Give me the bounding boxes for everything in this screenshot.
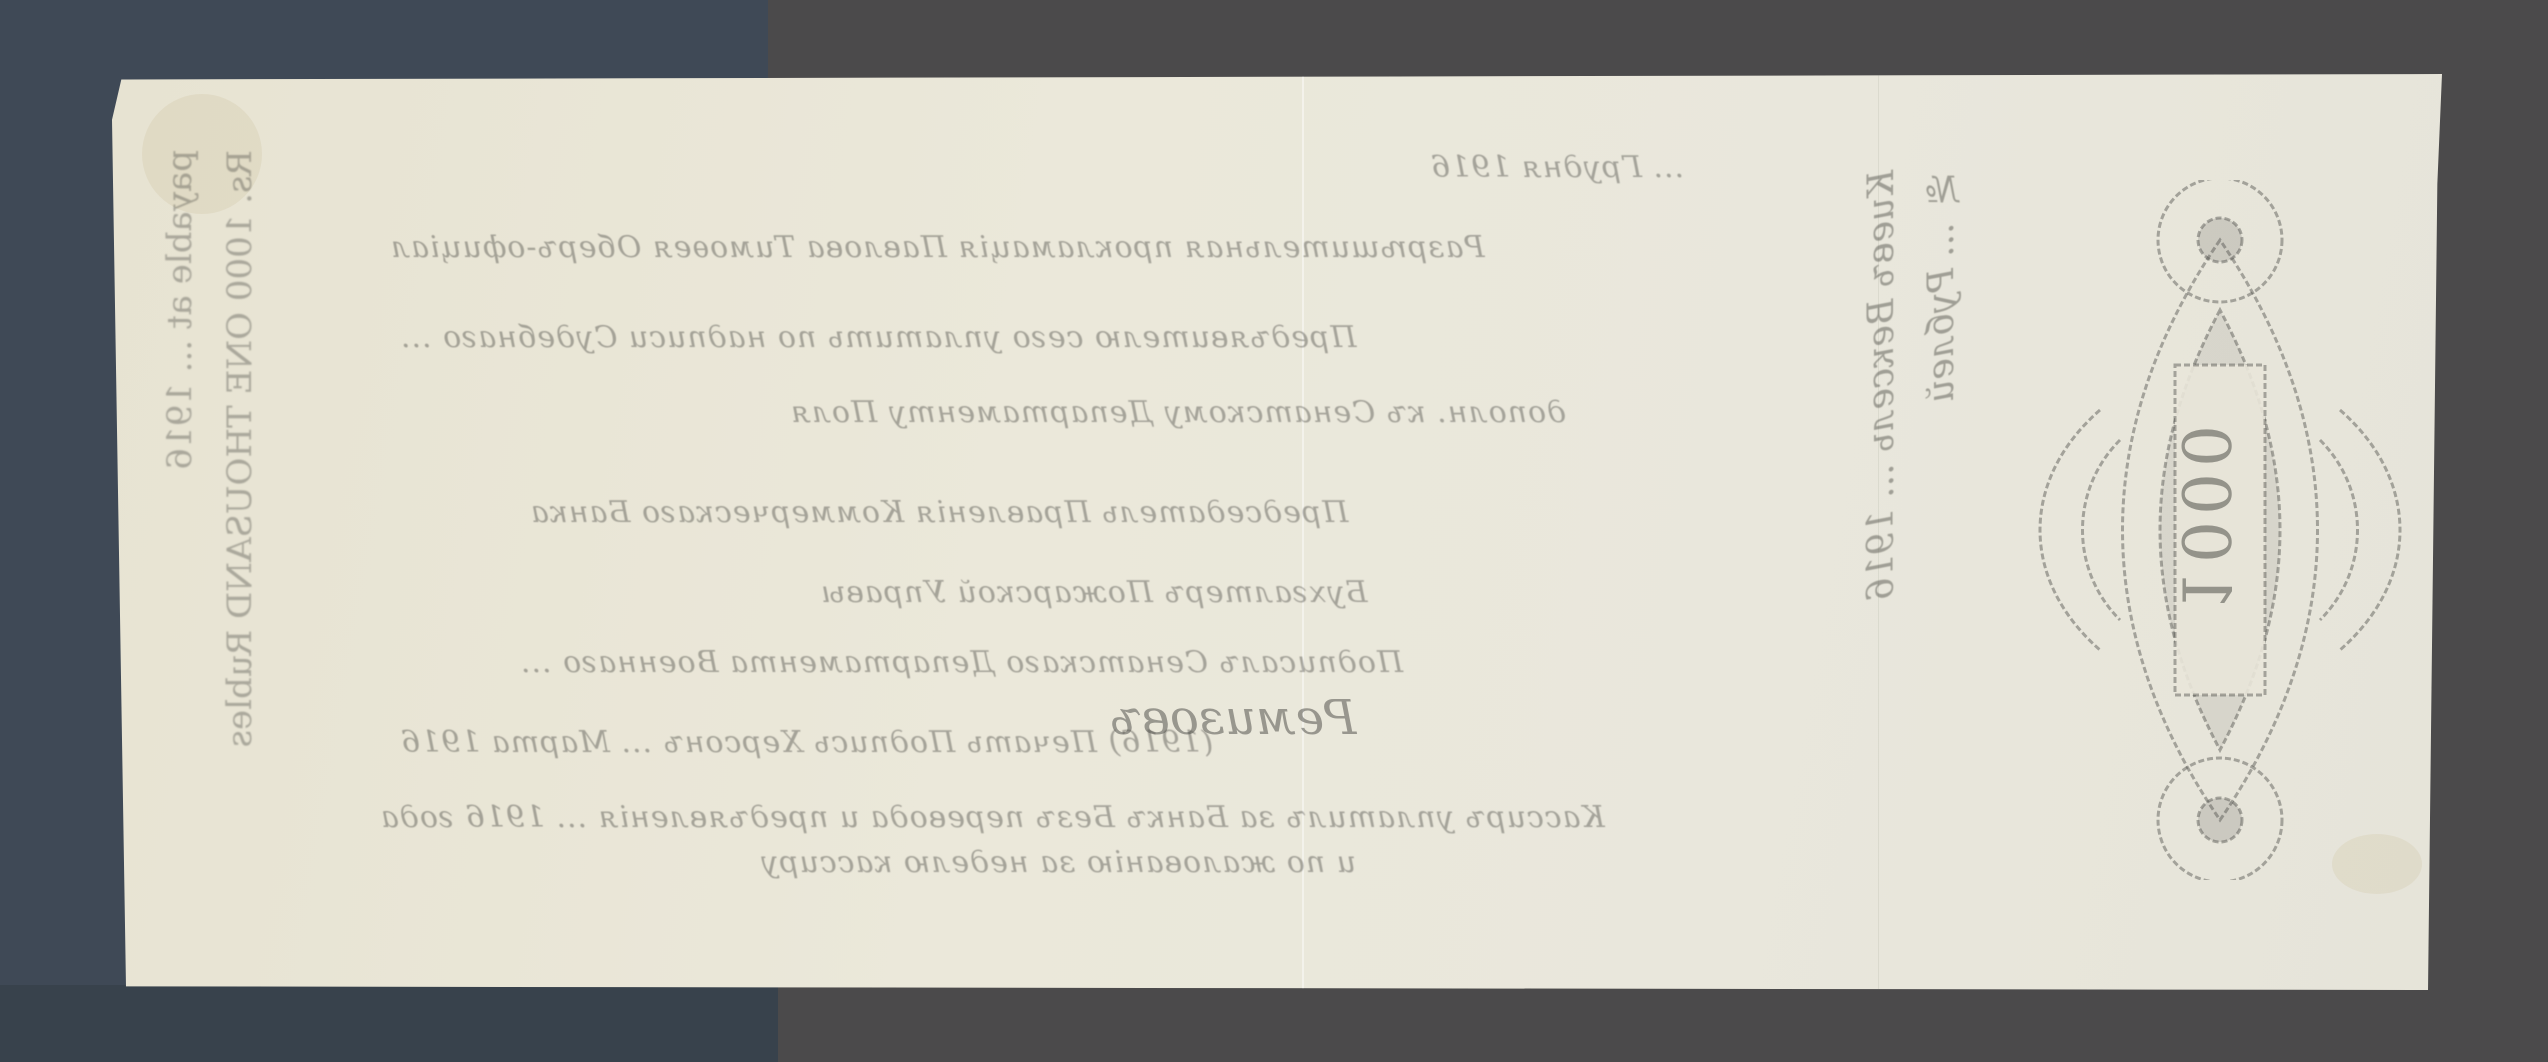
background-blue-board-lower [0,985,778,1062]
right-margin-text: № ... Рублей Киевъ Вексель ... 1916 [1832,170,1972,890]
body-line-7: (1916) Печать Подпись Херсонъ ... Марта … [400,725,1213,760]
body-line-8: Кассиръ уплатилъ за Банкъ Безъ перевода … [380,800,1605,835]
amount-cartouche: 1000 [2160,365,2250,665]
body-line-6: Подписалъ Сенатскаго Департамента Военна… [520,645,1403,680]
left-margin-text: Rs. 1000 ONE THOUSAND Rubles payable at … [150,150,270,930]
body-line-4: Председатель Правленія Коммерческаго Бан… [530,495,1348,530]
signature: Ремизовъ [1110,690,1356,746]
right-margin-line-2: Киевъ Вексель ... 1916 [1861,170,1902,601]
body-line-9: и по жалованію за неделю кассиру [760,845,1356,880]
left-margin-line-1: Rs. 1000 ONE THOUSAND Rubles [220,150,260,930]
right-margin-line-1: № ... Рублей [1921,170,1962,403]
body-line-2: Предъявителю сего уплатить по надписи Су… [400,320,1356,355]
date-line: ... Грудня 1916 [1430,150,1684,185]
amount-value: 1000 [2167,419,2244,611]
left-margin-line-2: payable at ... 1916 [160,150,200,930]
body-line-5: Бухгалтеръ Пожарской Управы [820,575,1368,610]
body-line-1: Разрѣшительная прокламація Павлова Тимоѳ… [390,230,1485,265]
body-line-3: дополн. къ Сенатскому Департаменту Поля [790,395,1566,430]
